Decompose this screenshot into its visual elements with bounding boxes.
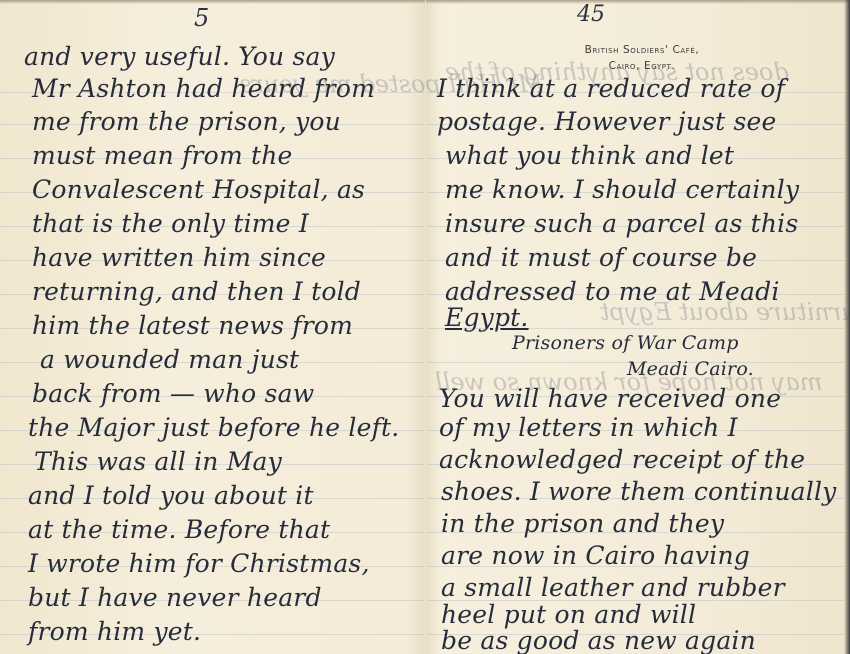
text-line: insure such a parcel as this — [445, 209, 798, 238]
text-line: back from — who saw — [32, 379, 314, 408]
text-line: of my letters in which I — [439, 413, 738, 442]
text-line: and I told you about it — [28, 481, 314, 510]
text-line: Convalescent Hospital, as — [32, 175, 365, 204]
text-line: from him yet. — [28, 617, 201, 646]
text-line: I wrote him for Christmas, — [28, 549, 370, 578]
text-line: what you think and let — [445, 141, 734, 170]
text-line: that is the only time I — [32, 209, 309, 238]
address-line: Meadi Cairo. — [627, 358, 754, 380]
letterhead: British Soldiers' Café, Cairo, Egypt. — [527, 42, 757, 74]
text-line: the Major just before he left. — [28, 413, 399, 442]
text-line: a small leather and rubber — [441, 573, 785, 602]
text-line: a wounded man just — [40, 345, 299, 374]
text-line: You will have received one — [439, 384, 781, 413]
text-line: at the time. Before that — [28, 515, 330, 544]
page-number: 45 — [577, 2, 605, 27]
text-line: have written him since — [32, 243, 326, 272]
letter-scan: does not say anything of the Mr Hall pos… — [0, 0, 850, 654]
text-line: This was all in May — [34, 447, 282, 476]
text-line: returning, and then I told — [32, 277, 361, 306]
text-line: and it must of course be — [445, 243, 757, 272]
text-line: postage. However just see — [437, 107, 777, 136]
text-line: in the prison and they — [441, 509, 724, 538]
paper-right-edge — [844, 0, 850, 654]
text-line: addressed to me at Meadi — [445, 277, 780, 306]
text-line: and very useful. You say — [24, 42, 335, 71]
text-line: acknowledged receipt of the — [439, 445, 805, 474]
text-line: him the latest news from — [32, 311, 353, 340]
text-line: are now in Cairo having — [441, 541, 750, 570]
address-line: Prisoners of War Camp — [512, 332, 739, 354]
text-line: me from the prison, you — [32, 107, 341, 136]
text-line: I think at a reduced rate of — [437, 74, 785, 103]
letterhead-line: British Soldiers' Café, — [527, 42, 757, 58]
text-line: Egypt. — [445, 303, 529, 332]
text-line: me know. I should certainly — [445, 175, 799, 204]
text-line: heel put on and will — [441, 600, 696, 629]
text-line: but I have never heard — [28, 583, 322, 612]
text-line: Mr Ashton had heard from — [32, 74, 375, 103]
text-line: shoes. I wore them continually — [441, 477, 836, 506]
right-page: 45 British Soldiers' Café, Cairo, Egypt.… — [427, 0, 844, 654]
text-line: be as good as new again — [441, 626, 756, 654]
left-page: 5 and very useful. You say Mr Ashton had… — [0, 0, 424, 654]
text-line: must mean from the — [32, 141, 293, 170]
letterhead-line: Cairo, Egypt. — [527, 58, 757, 74]
page-number: 5 — [194, 4, 209, 32]
